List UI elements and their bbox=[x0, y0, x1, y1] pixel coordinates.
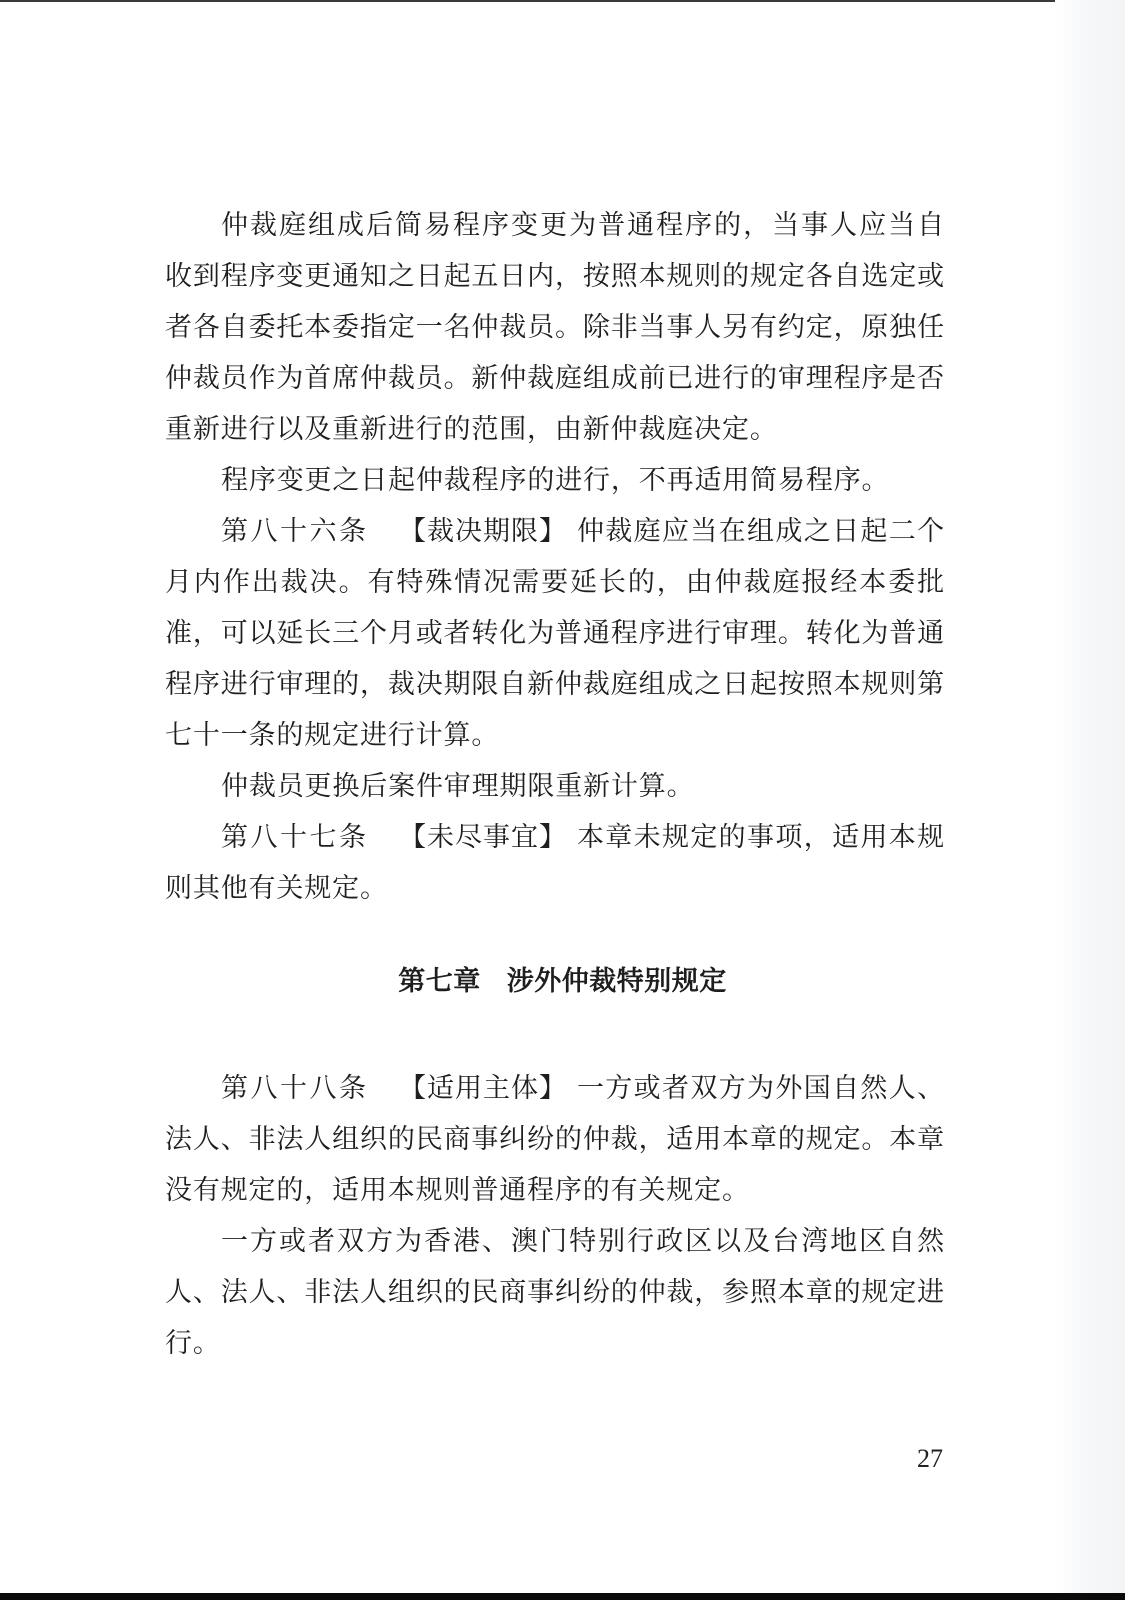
document-body-section-1: 仲裁庭组成后简易程序变更为普通程序的，当事人应当自收到程序变更通知之日起五日内，… bbox=[165, 200, 945, 914]
paragraph-arbitrator-replacement: 仲裁员更换后案件审理期限重新计算。 bbox=[165, 761, 945, 812]
scan-bottom-edge bbox=[0, 1593, 1125, 1600]
article-title: 【适用主体】 bbox=[399, 1073, 568, 1104]
chapter-heading: 第七章涉外仲裁特别规定 bbox=[0, 962, 1125, 1002]
chapter-number: 第七章 bbox=[398, 966, 481, 997]
paragraph-no-longer-simple: 程序变更之日起仲裁程序的进行，不再适用简易程序。 bbox=[165, 455, 945, 506]
article-86: 第八十六条【裁决期限】 仲裁庭应当在组成之日起二个月内作出裁决。有特殊情况需要延… bbox=[165, 506, 945, 761]
document-body-section-2: 第八十八条【适用主体】 一方或者双方为外国自然人、法人、非法人组织的民商事纠纷的… bbox=[165, 1063, 945, 1369]
article-number: 第八十七条 bbox=[221, 822, 369, 853]
scan-right-shadow bbox=[1055, 0, 1125, 1593]
paragraph-text: 一方或者双方为香港、澳门特别行政区以及台湾地区自然人、法人、非法人组织的民商事纠… bbox=[165, 1226, 945, 1359]
paragraph-text: 仲裁庭组成后简易程序变更为普通程序的，当事人应当自收到程序变更通知之日起五日内，… bbox=[165, 210, 945, 445]
article-number: 第八十八条 bbox=[221, 1073, 369, 1104]
article-number: 第八十六条 bbox=[221, 516, 369, 547]
article-88: 第八十八条【适用主体】 一方或者双方为外国自然人、法人、非法人组织的民商事纠纷的… bbox=[165, 1063, 945, 1216]
paragraph-text: 仲裁员更换后案件审理期限重新计算。 bbox=[221, 771, 694, 802]
paragraph-hk-macau-taiwan: 一方或者双方为香港、澳门特别行政区以及台湾地区自然人、法人、非法人组织的民商事纠… bbox=[165, 1216, 945, 1369]
page-number: 27 bbox=[917, 1444, 943, 1474]
article-text: 仲裁庭应当在组成之日起二个月内作出裁决。有特殊情况需要延长的，由仲裁庭报经本委批… bbox=[165, 516, 945, 751]
scan-top-edge bbox=[0, 0, 1125, 2]
paragraph-text: 程序变更之日起仲裁程序的进行，不再适用简易程序。 bbox=[221, 465, 889, 496]
chapter-title: 涉外仲裁特别规定 bbox=[507, 966, 727, 997]
article-title: 【裁决期限】 bbox=[399, 516, 568, 547]
article-title: 【未尽事宜】 bbox=[399, 822, 568, 853]
paragraph-procedure-change: 仲裁庭组成后简易程序变更为普通程序的，当事人应当自收到程序变更通知之日起五日内，… bbox=[165, 200, 945, 455]
article-87: 第八十七条【未尽事宜】 本章未规定的事项，适用本规则其他有关规定。 bbox=[165, 812, 945, 914]
